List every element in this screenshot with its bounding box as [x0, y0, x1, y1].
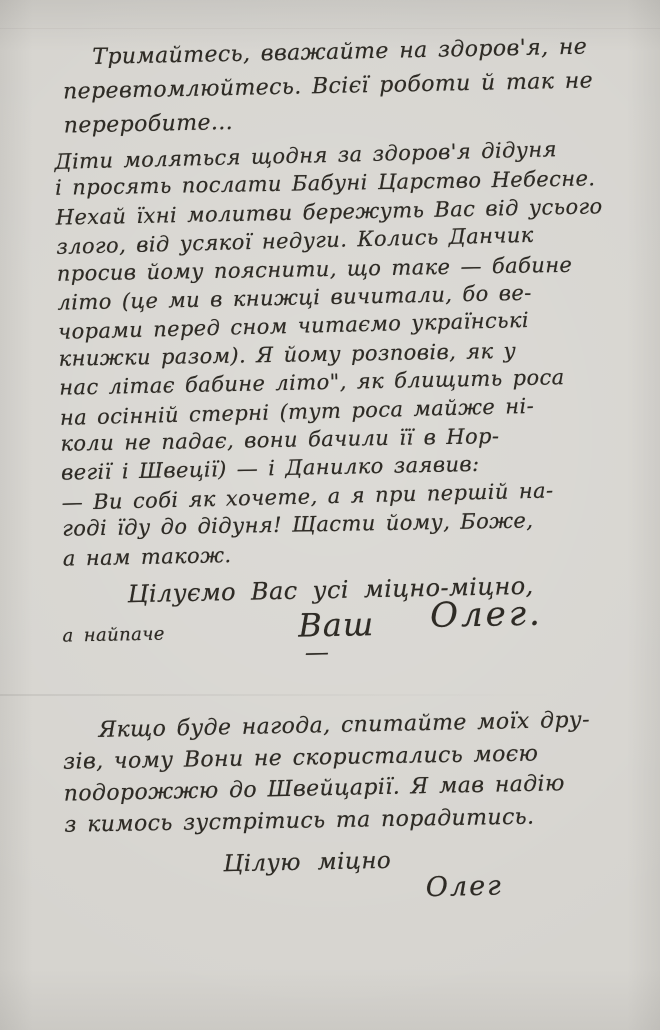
postscript-paragraph: Якщо буде нагода, спитайте моїх дру- зів…	[62, 705, 592, 842]
postscript-closing-line: Цілую міцно	[223, 848, 391, 878]
signature-underline-dash: —	[305, 638, 330, 667]
letter-paragraph-1: Тримайтесь, вважайте на здоров'я, не пер…	[62, 30, 594, 143]
postscript-signature: Олег	[425, 870, 503, 903]
letter-paragraph-2: Діти моляться щодня за здоров'я дідуня і…	[54, 135, 610, 572]
manuscript-page: Тримайтесь, вважайте на здоров'я, не пер…	[0, 0, 660, 1030]
closing-attribution: а найпаче	[62, 623, 165, 646]
signature-name-oleh: Олег.	[430, 594, 543, 636]
handwritten-letter: Тримайтесь, вважайте на здоров'я, не пер…	[0, 0, 660, 1030]
